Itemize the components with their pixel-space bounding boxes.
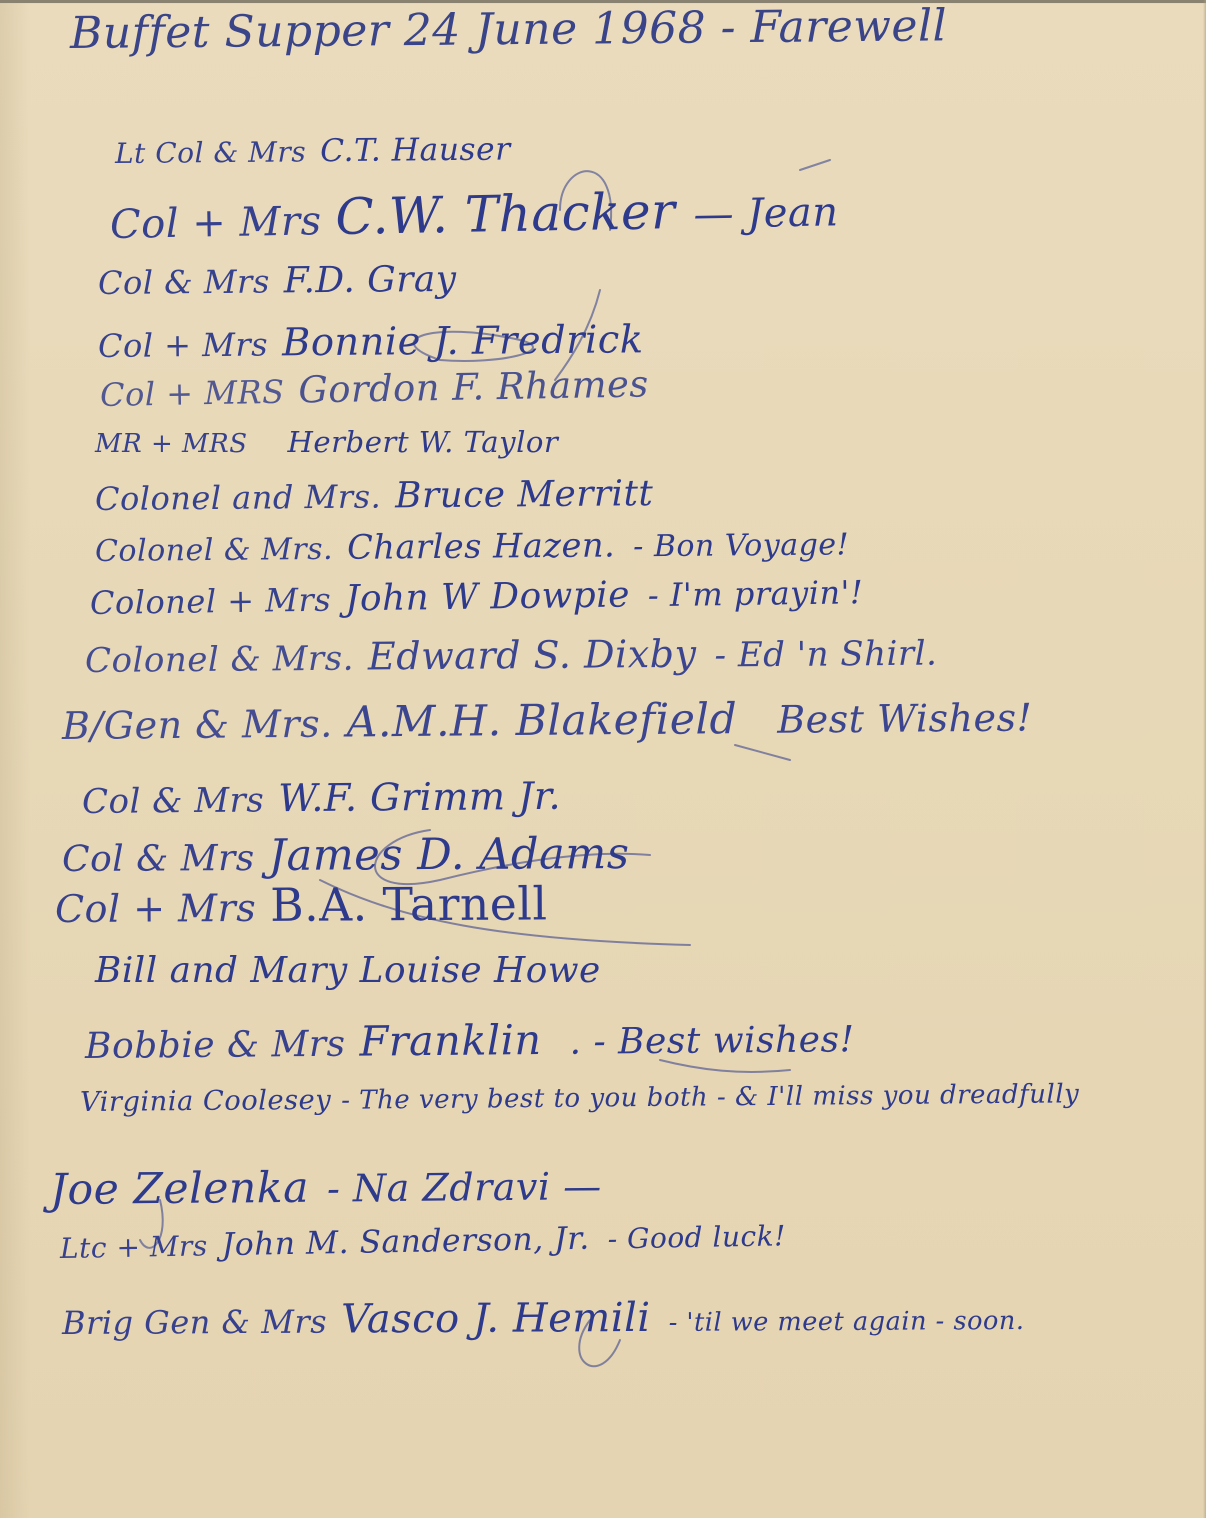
entry-note: - 'til we meet again - soon. xyxy=(669,1306,1025,1338)
signature-entry: Col & MrsJames D. Adams xyxy=(62,829,648,882)
entry-name: John W Dowpie xyxy=(345,574,630,619)
entry-name: F.D. Gray xyxy=(284,259,457,302)
entry-name: Virginia Coolesey xyxy=(80,1085,331,1118)
entry-prefix: Brig Gen & Mrs xyxy=(62,1303,327,1342)
entry-name: Bill and Mary Louise Howe xyxy=(95,950,601,991)
entry-prefix: Bobbie & Mrs xyxy=(85,1024,346,1067)
signature-entry: Col + MrsBonnie J. Fredrick xyxy=(98,317,662,367)
entry-prefix: Colonel & Mrs. xyxy=(85,639,354,681)
entry-prefix: Col + MRS xyxy=(100,373,285,414)
signature-entry: Col + MRSGordon F. Rhames xyxy=(100,362,667,415)
entry-prefix: Col + Mrs xyxy=(110,198,322,248)
entry-prefix: Colonel & Mrs. xyxy=(95,532,333,569)
entry-note: . - Best wishes! xyxy=(569,1019,854,1062)
entry-name: C.W. Thacker xyxy=(335,182,676,246)
entry-note xyxy=(666,366,667,404)
entry-name: Herbert W. Taylor xyxy=(288,425,559,459)
entry-note: - Good luck! xyxy=(607,1219,786,1255)
entry-note: - Ed 'n Shirl. xyxy=(714,634,937,676)
signature-entry: Col + MrsB.A. Tarnell xyxy=(55,877,566,933)
signature-entry: Col & MrsF.D. Gray xyxy=(98,259,475,303)
entry-prefix: Col & Mrs xyxy=(98,263,270,302)
entry-name: Bonnie J. Fredrick xyxy=(282,317,644,365)
signature-entry: Joe Zelenka- Na Zdravi — xyxy=(50,1160,602,1215)
signature-entry: Bobbie & MrsFranklin. - Best wishes! xyxy=(85,1013,855,1068)
entry-prefix: Col & Mrs xyxy=(82,780,265,822)
entry-prefix: Col + Mrs xyxy=(98,326,268,365)
signature-entry: B/Gen & Mrs.A.M.H. BlakefieldBest Wishes… xyxy=(62,692,1033,750)
signature-entry: MR + MRSHerbert W. Taylor xyxy=(95,425,576,459)
signature-entry: Col & MrsW.F. Grimm Jr. xyxy=(82,774,579,822)
entry-prefix: Col + Mrs xyxy=(55,886,256,931)
signature-entry: Brig Gen & MrsVasco J. Hemili- 'til we m… xyxy=(62,1293,1025,1344)
entry-name: C.T. Hauser xyxy=(320,132,511,170)
signature-entry: Colonel and Mrs.Bruce Merritt xyxy=(95,473,672,519)
signature-entry: Colonel + MrsJohn W Dowpie- I'm prayin'! xyxy=(90,571,864,623)
entry-prefix: Ltc + Mrs xyxy=(60,1229,208,1265)
entry-prefix: Lt Col & Mrs xyxy=(115,135,306,170)
entry-name: John M. Sanderson, Jr. xyxy=(221,1221,590,1263)
signature-entry: Ltc + MrsJohn M. Sanderson, Jr.- Good lu… xyxy=(60,1217,786,1266)
entry-name: Franklin xyxy=(359,1016,541,1066)
signature-entry: Col + MrsC.W. Thacker— Jean xyxy=(109,179,838,250)
entry-prefix: Colonel and Mrs. xyxy=(95,478,382,518)
entry-prefix: B/Gen & Mrs. xyxy=(62,702,333,748)
entry-note: - Na Zdravi — xyxy=(327,1164,602,1210)
entry-note: - The very best to you both - & I'll mis… xyxy=(341,1079,1079,1115)
entry-name: W.F. Grimm Jr. xyxy=(278,774,561,820)
guestbook-page: Buffet Supper 24 June 1968 - Farewell Lt… xyxy=(0,0,1206,1518)
entry-name: A.M.H. Blakefield xyxy=(346,694,737,747)
entry-name: Vasco J. Hemili xyxy=(341,1295,651,1343)
entry-name: B.A. Tarnell xyxy=(270,877,548,931)
signature-entry: Lt Col & MrsC.T. Hauser xyxy=(115,131,529,171)
signature-entry: Bill and Mary Louise Howe xyxy=(95,950,619,991)
entry-prefix: Col & Mrs xyxy=(62,838,255,880)
entry-prefix: Colonel + Mrs xyxy=(90,581,332,622)
page-title: Buffet Supper 24 June 1968 - Farewell xyxy=(70,0,948,59)
entry-name: Edward S. Dixby xyxy=(368,632,697,679)
entry-note: Best Wishes! xyxy=(777,696,1032,742)
signature-entry: Colonel & Mrs.Edward S. Dixby- Ed 'n Shi… xyxy=(85,630,938,681)
entry-prefix: MR + MRS xyxy=(95,429,248,459)
entry-name: Bruce Merritt xyxy=(395,473,653,516)
entry-name: Joe Zelenka xyxy=(50,1163,309,1215)
entry-name: James D. Adams xyxy=(269,829,630,881)
entry-name: Gordon F. Rhames xyxy=(298,362,649,411)
entry-name: Charles Hazen. xyxy=(347,525,615,566)
entry-note: - I'm prayin'! xyxy=(648,573,864,614)
signature-entry: Virginia Coolesey- The very best to you … xyxy=(80,1076,1100,1121)
entry-note: — Jean xyxy=(693,189,839,238)
signature-entry: Colonel & Mrs.Charles Hazen.- Bon Voyage… xyxy=(95,523,849,569)
entry-note: - Bon Voyage! xyxy=(633,527,849,564)
